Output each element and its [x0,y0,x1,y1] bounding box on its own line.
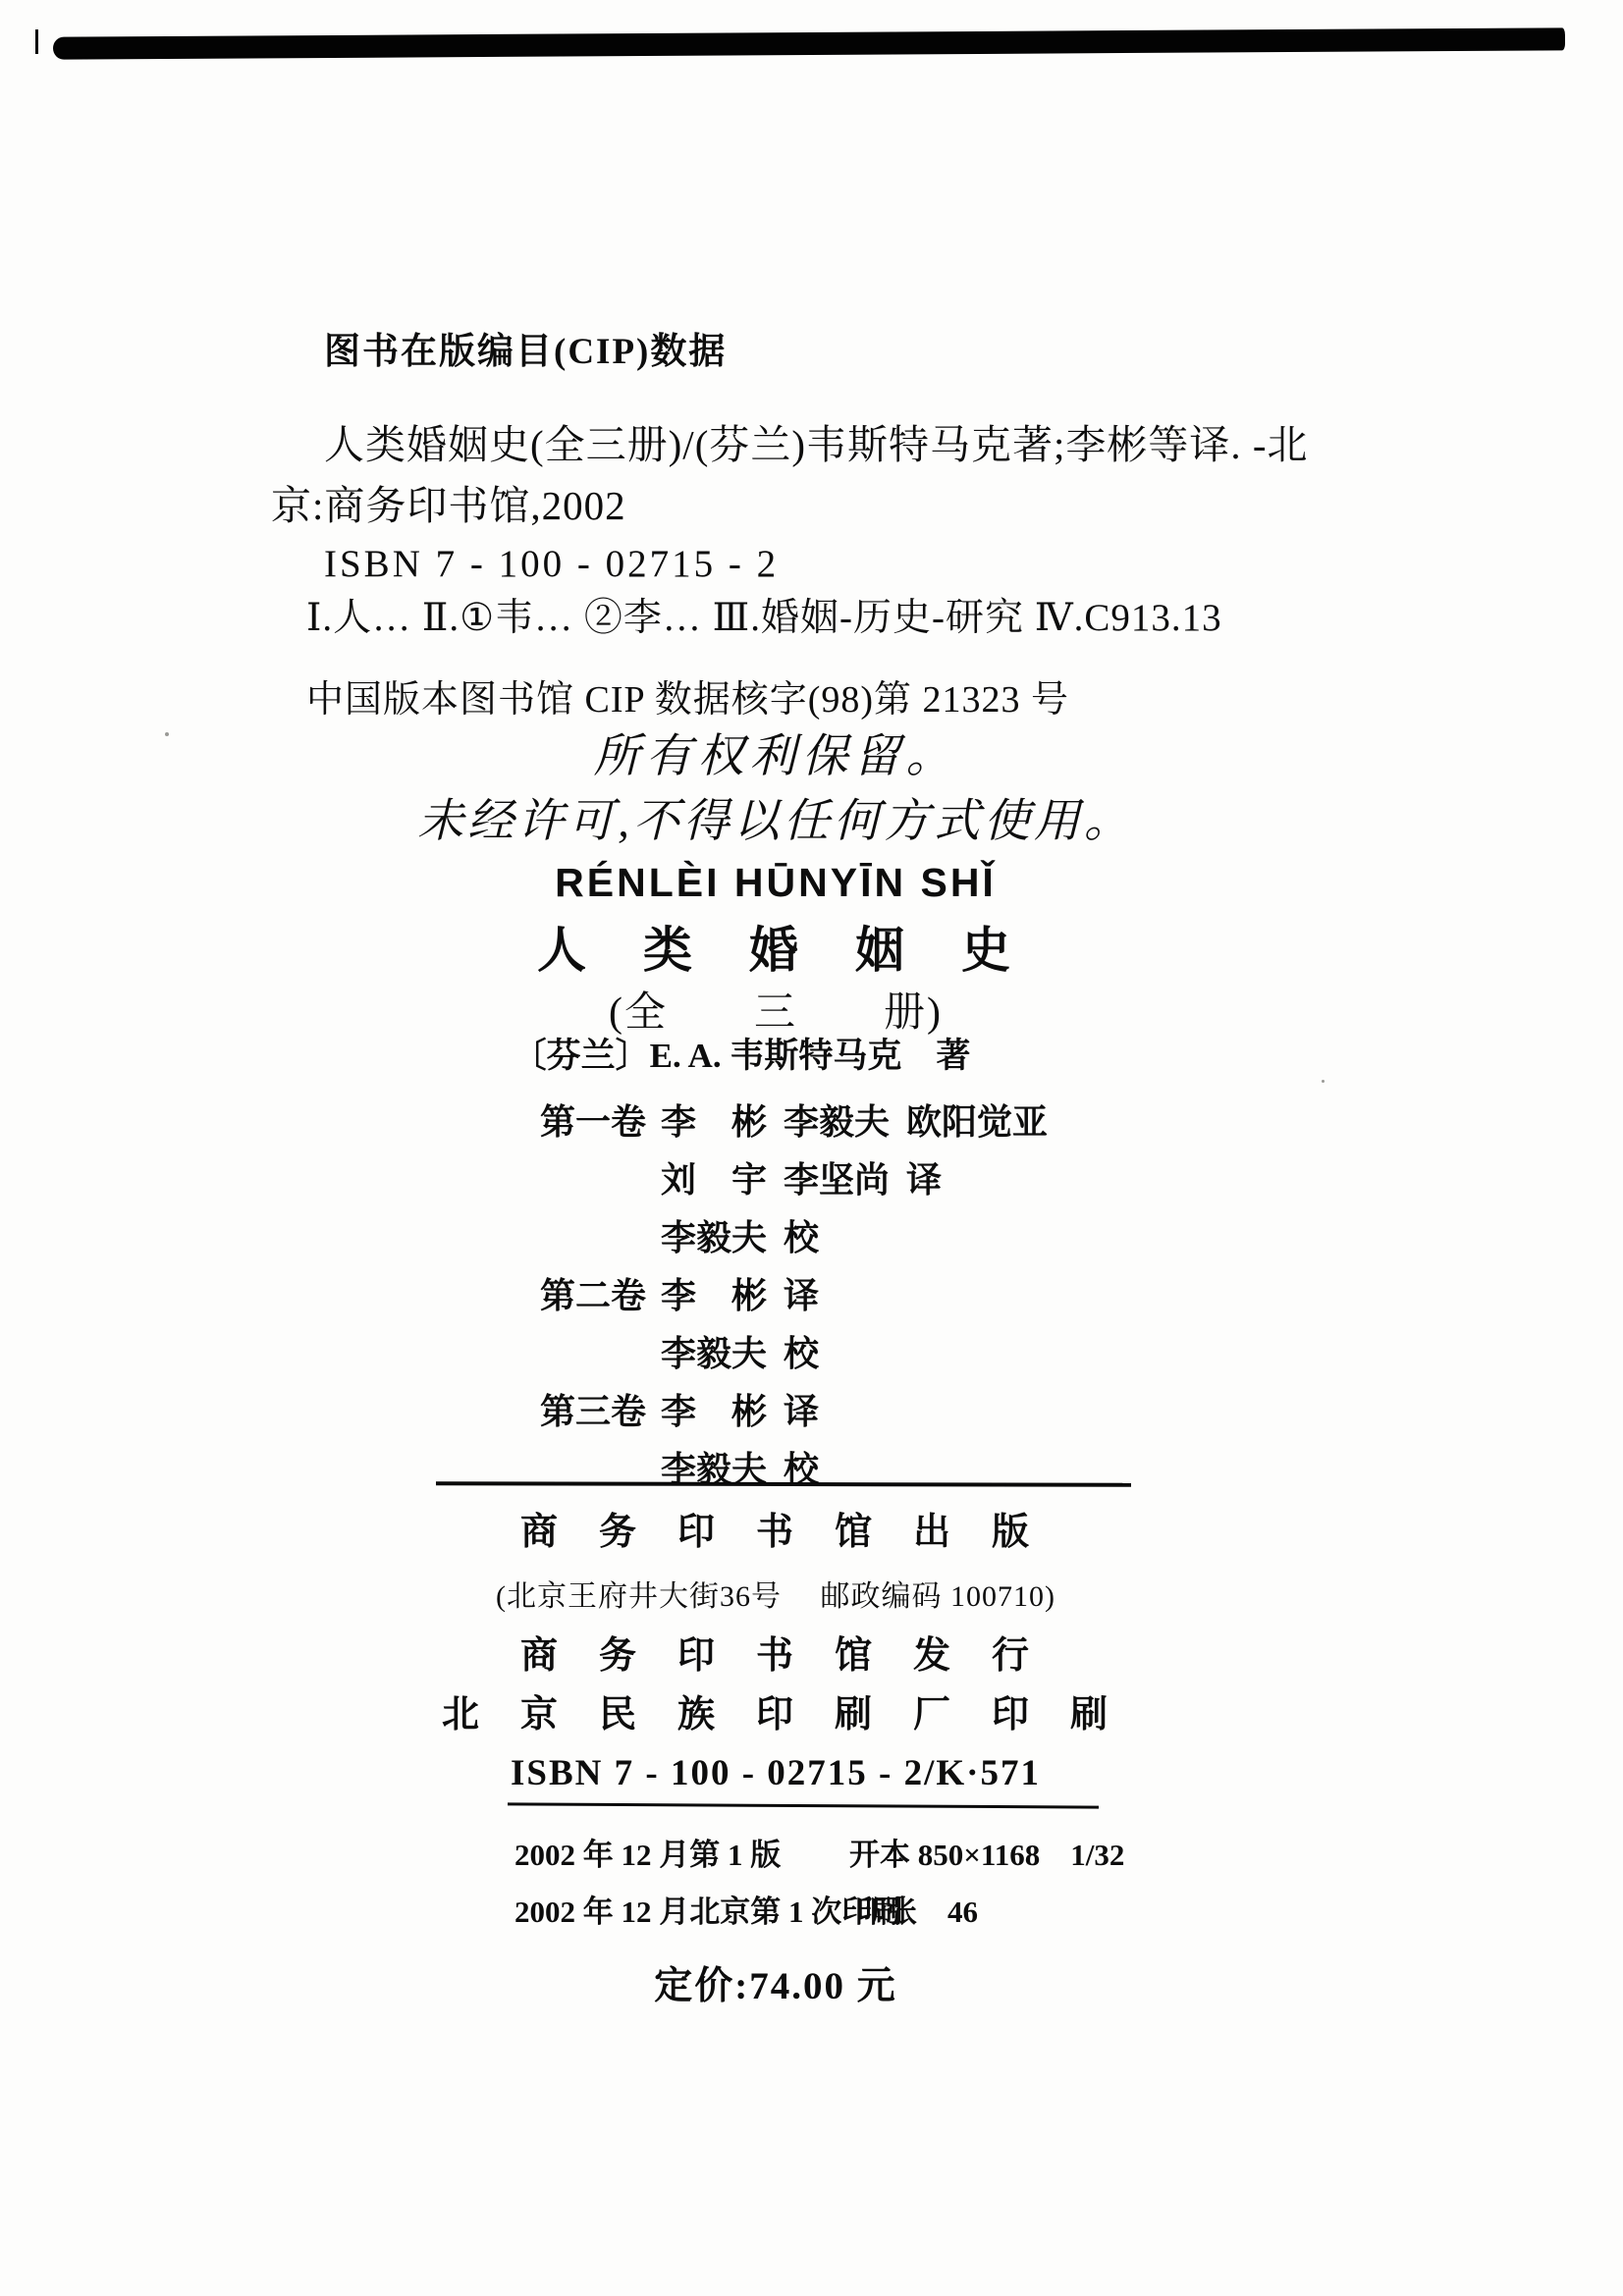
translators-table: 第一卷 李 彬 李毅夫 欧阳觉亚 刘 宇 李坚尚 译 李毅夫 校 第二卷 李 彬… [540,1095,1090,1487]
cip-isbn-line: ISBN 7 - 100 - 02715 - 2 [324,543,779,587]
translator-name: 李毅夫 [661,1210,767,1260]
translator-role: 译 [784,1384,819,1434]
pinyin-title: RÉNLÈI HŪNYĪN SHǏ [0,860,1551,906]
translator-row: 第三卷 李 彬 译 [540,1384,1090,1423]
book-copyright-page: 图书在版编目(CIP)数据 人类婚姻史(全三册)/(芬兰)韦斯特马克著;李彬等译… [0,0,1623,2296]
translator-row: 第一卷 李 彬 李毅夫 欧阳觉亚 [540,1095,1090,1134]
rights-usage-line: 未经许可,不得以任何方式使用。 [0,795,1551,848]
translator-row: 刘 宇 李坚尚 译 [540,1152,1090,1192]
format-line: 开本 850×1168 1/32 [849,1838,1124,1873]
translator-row: 李毅夫 校 [540,1210,1090,1250]
translator-name: 李 彬 [661,1095,767,1145]
cip-heading: 图书在版编目(CIP)数据 [324,332,727,374]
translator-volume: 第一卷 [540,1095,646,1145]
publisher-isbn-line: ISBN 7 - 100 - 02715 - 2/K·571 [0,1753,1551,1795]
sheets-line: 印张 46 [856,1895,978,1930]
translator-name: 李毅夫 [784,1095,890,1145]
edition-line: 2002 年 12 月第 1 版 [514,1838,781,1873]
cip-entry-line-1: 人类婚姻史(全三册)/(芬兰)韦斯特马克著;李彬等译. -北 [324,422,1309,468]
book-title: 人 类 婚 姻 史 [0,923,1551,980]
translator-role: 译 [906,1152,942,1202]
translator-volume: 第三卷 [540,1384,646,1434]
publisher-publish-line: 商 务 印 书 馆 出 版 [0,1512,1551,1555]
translator-row: 李毅夫 校 [540,1326,1090,1365]
translator-row: 李毅夫 校 [540,1442,1090,1481]
translator-name: 李毅夫 [661,1326,767,1376]
publisher-distribute-line: 商 务 印 书 馆 发 行 [0,1635,1551,1679]
translator-volume: 第二卷 [540,1268,646,1318]
rights-reserved-line: 所有权利保留。 [0,730,1551,783]
scan-artifact-dot [1322,1080,1325,1083]
price-line: 定价:74.00 元 [0,1965,1551,2009]
cip-classification-line: Ⅰ.人… Ⅱ.①韦… ②李… Ⅲ.婚姻-历史-研究 Ⅳ.C913.13 [306,597,1222,641]
author-line: 〔芬兰〕E. A. 韦斯特马克 著 [0,1037,1483,1076]
cip-entry-line-2: 京:商务印书馆,2002 [271,483,626,529]
translator-role: 校 [784,1210,819,1260]
publisher-printer-line: 北 京 民 族 印 刷 厂 印 刷 [0,1694,1551,1737]
translator-role: 校 [784,1326,819,1376]
translator-name: 李 彬 [661,1268,767,1318]
translator-name: 李坚尚 [784,1152,890,1202]
printing-line: 2002 年 12 月北京第 1 次印刷 [514,1895,902,1930]
cip-record-number-line: 中国版本图书馆 CIP 数据核字(98)第 21323 号 [306,679,1069,722]
scan-top-band [53,27,1565,59]
translator-name: 李 彬 [661,1384,767,1434]
scan-edge-tick [35,29,38,54]
publisher-address-line: (北京王府井大街36号 邮政编码 100710) [0,1580,1551,1615]
translator-role: 译 [784,1268,819,1318]
translator-name: 刘 宇 [661,1152,767,1202]
translator-row: 第二卷 李 彬 译 [540,1268,1090,1308]
volume-note: (全 三 册) [0,989,1551,1037]
translator-name: 欧阳觉亚 [906,1095,1048,1145]
divider-rule-bottom [508,1802,1099,1808]
